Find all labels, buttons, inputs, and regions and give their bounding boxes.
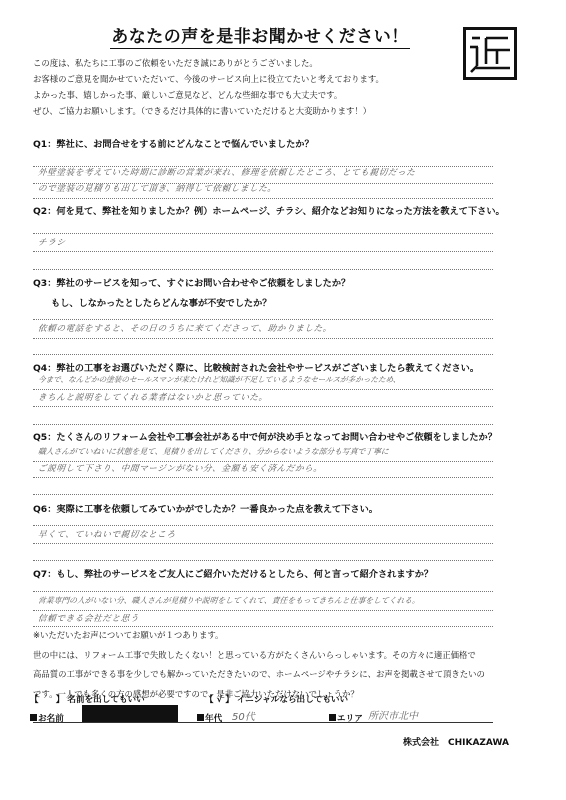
- consent-initials-option[interactable]: 【 √ 】 イニシャルなら出してもいい: [205, 693, 348, 705]
- consent-name-checkbox[interactable]: 【 】: [30, 695, 64, 705]
- question-6-answer: 早くて、ていねいで親切なところ: [37, 528, 176, 540]
- request-note: ※いただいたお声についてお願いが１つあります。 世の中には、リフォーム工事で失敗…: [33, 627, 485, 702]
- page-title: あなたの声を是非お聞かせください！: [110, 22, 410, 49]
- name-field-redacted: [82, 705, 178, 723]
- area-field-value: 所沢市北中: [368, 707, 418, 722]
- answer-line: [33, 543, 493, 544]
- request-line: ※いただいたお声についてお願いが１つあります。: [33, 627, 485, 644]
- answer-line: [33, 477, 493, 478]
- question-4-answer-line-2: きちんと説明をしてくれる業者はないかと思っていた。: [37, 391, 268, 403]
- age-field-value: 50代: [232, 708, 255, 723]
- answer-line: [33, 610, 493, 611]
- kanji-chika-icon: [466, 30, 514, 77]
- question-7-label: Q7：もし、弊社のサービスをご友人にご紹介いただけるとしたら、何と言って紹介され…: [33, 566, 433, 580]
- intro-line: ぜひ、ご協力お願いします。（できるだけ具体的に書いていただけると大変助かります！…: [33, 103, 384, 119]
- consent-initials-checkbox[interactable]: 【 √ 】: [205, 695, 234, 705]
- question-5-label: Q5：たくさんのリフォーム会社や工事会社がある中で何が決め手となってお問い合わせ…: [33, 429, 497, 443]
- intro-line: この度は、私たちに工事のご依頼をいただき誠にありがとうございました。: [33, 55, 384, 71]
- answer-line: [33, 338, 493, 339]
- request-line: 高品質の工事ができる事を少しでも解かっていただきたいので、ホームページやチラシに…: [33, 666, 485, 683]
- answer-line: [33, 494, 493, 495]
- answer-line: [33, 389, 493, 390]
- question-4-label: Q4：弊社の工事をお選びいただく際に、比較検討された会社やサービスがございました…: [33, 360, 479, 374]
- fields-underline: [33, 722, 493, 723]
- question-3-answer: 依頼の電話をすると、その日のうちに来てくださって、助かりました。: [37, 322, 332, 334]
- answer-line: [33, 233, 493, 234]
- question-7-answer-line-2: 信頼できる会社だと思う: [37, 612, 139, 624]
- question-1-answer-line-2: ので塗装の見積りも出して頂き、納得して依頼しました。: [37, 182, 277, 194]
- question-3-label: Q3：弊社のサービスを知って、すぐにお問い合わせやご依頼をしましたか？ もし、し…: [33, 275, 350, 309]
- answer-line: [33, 198, 493, 199]
- intro-text: この度は、私たちに工事のご依頼をいただき誠にありがとうございました。 お客様のご…: [33, 55, 384, 119]
- square-bullet-icon: [329, 714, 336, 721]
- answer-line: [33, 525, 493, 526]
- answer-line: [33, 406, 493, 407]
- company-name: 株式会社 CHIKAZAWA: [403, 735, 509, 748]
- intro-line: お客様のご意見を聞かせていただいて、今後のサービス向上に役立てたいと考えておりま…: [33, 71, 384, 87]
- answer-line: [33, 354, 493, 355]
- answer-line: [33, 251, 493, 252]
- answer-line: [33, 269, 493, 270]
- consent-name-option[interactable]: 【 】 名前を出してもいい: [30, 693, 145, 705]
- square-bullet-icon: [30, 714, 37, 721]
- question-2-answer: チラシ: [37, 236, 66, 248]
- request-line: 世の中には、リフォーム工事で失敗したくない！と思っている方がたくさんいらっしゃい…: [33, 647, 485, 664]
- question-1-answer-line-1: 外壁塗装を考えていた時期に診断の営業が来れ、修理を依頼したところ、とても親切だっ…: [37, 166, 416, 178]
- question-5-answer-line-2: ご説明して下さり、中間マージンがない分、金額も安く済んだから。: [37, 462, 323, 474]
- answer-line: [33, 319, 493, 320]
- question-5-answer-line-1: 職人さんがていねいに状態を見て、見積りを出してくださり、分からないような部分も写…: [37, 446, 389, 457]
- question-3-sub: もし、しなかったとしたらどんな事が不安でしたか？: [33, 295, 350, 309]
- question-1-label: Q1：弊社に、お問合せをする前にどんなことで悩んでいましたか？: [33, 136, 314, 150]
- question-6-label: Q6：実際に工事を依頼してみていかがでしたか？一番良かった点を教えて下さい。: [33, 501, 378, 515]
- chikazawa-logo-icon: [463, 27, 517, 80]
- square-bullet-icon: [197, 714, 204, 721]
- intro-line: よかった事、嬉しかった事、厳しいご意見など、どんな些細な事でも大丈夫です。: [33, 87, 384, 103]
- question-7-answer-line-1: 営業専門の人がいない分、職人さんが見積りや説明をしてくれて、責任をもってきちんと…: [37, 595, 420, 606]
- question-4-answer-line-1: 今まで、なんどかの塗装のセールスマンが来たけれど知識が不足しているようなセールス…: [37, 374, 401, 385]
- question-3-main: Q3：弊社のサービスを知って、すぐにお問い合わせやご依頼をしましたか？: [33, 278, 350, 289]
- answer-line: [33, 424, 493, 425]
- answer-line: [33, 591, 493, 592]
- consent-name-label: 名前を出してもいい: [67, 695, 144, 705]
- consent-initials-label: イニシャルなら出してもいい: [237, 695, 348, 705]
- answer-line: [33, 560, 493, 561]
- question-2-label: Q2：何を見て、弊社を知りましたか？例）ホームページ、チラシ、紹介などお知りにな…: [33, 203, 505, 217]
